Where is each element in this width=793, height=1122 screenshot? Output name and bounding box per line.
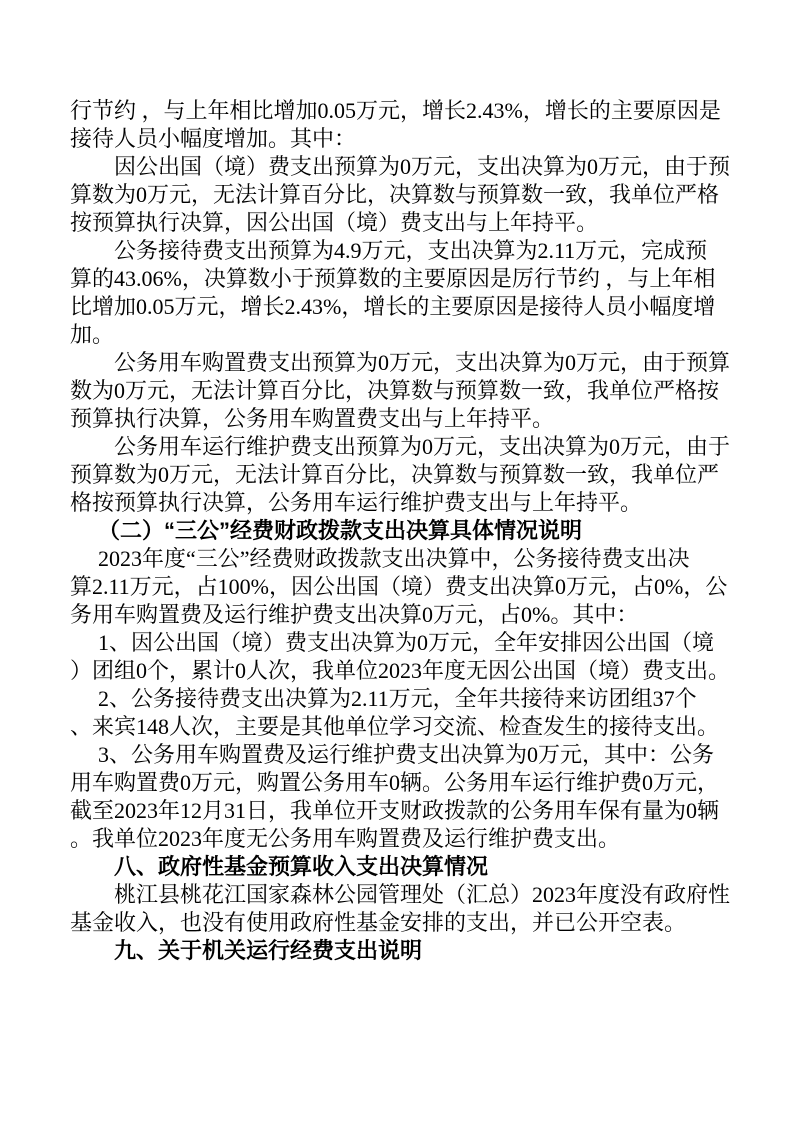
text-line: 加。: [70, 321, 730, 349]
text-line: 2023年度“三公”经费财政拨款支出决算中，公务接待费支出决: [70, 545, 730, 573]
text-line: 1、因公出国（境）费支出决算为0万元，全年安排因公出国（境: [70, 629, 730, 657]
text-line: 预算执行决算，公务用车购置费支出与上年持平。: [70, 405, 730, 433]
text-line: 公务用车购置费支出预算为0万元，支出决算为0万元，由于预算: [70, 349, 730, 377]
text-line: 按预算执行决算，因公出国（境）费支出与上年持平。: [70, 209, 730, 237]
document-page: 行节约 ，与上年相比增加0.05万元，增长2.43%，增长的主要原因是接待人员小…: [0, 0, 793, 1122]
section-heading: （二）“三公”经费财政拨款支出决算具体情况说明: [70, 517, 730, 545]
text-line: 行节约 ，与上年相比增加0.05万元，增长2.43%，增长的主要原因是: [70, 97, 730, 125]
text-line: 预算数为0万元，无法计算百分比，决算数与预算数一致，我单位严: [70, 461, 730, 489]
text-line: 截至2023年12月31日，我单位开支财政拨款的公务用车保有量为0辆: [70, 797, 730, 825]
text-line: 2、公务接待费支出决算为2.11万元，全年共接待来访团组37个: [70, 685, 730, 713]
text-line: 算的43.06%，决算数小于预算数的主要原因是厉行节约 ，与上年相: [70, 265, 730, 293]
text-line: 桃江县桃花江国家森林公园管理处（汇总）2023年度没有政府性: [70, 881, 730, 909]
text-line: ）团组0个，累计0人次，我单位2023年度无因公出国（境）费支出。: [70, 657, 730, 685]
text-line: 3、公务用车购置费及运行维护费支出决算为0万元，其中：公务: [70, 741, 730, 769]
text-line: 比增加0.05万元，增长2.43%，增长的主要原因是接待人员小幅度增: [70, 293, 730, 321]
text-line: 公务接待费支出预算为4.9万元，支出决算为2.11万元，完成预: [70, 237, 730, 265]
document-text-body: 行节约 ，与上年相比增加0.05万元，增长2.43%，增长的主要原因是接待人员小…: [70, 97, 730, 965]
text-line: 用车购置费0万元，购置公务用车0辆。公务用车运行维护费0万元，: [70, 769, 730, 797]
text-line: 算数为0万元，无法计算百分比，决算数与预算数一致，我单位严格: [70, 181, 730, 209]
text-line: 因公出国（境）费支出预算为0万元，支出决算为0万元，由于预: [70, 153, 730, 181]
text-line: 。我单位2023年度无公务用车购置费及运行维护费支出。: [70, 825, 730, 853]
text-line: 格按预算执行决算，公务用车运行维护费支出与上年持平。: [70, 489, 730, 517]
section-heading: 八、政府性基金预算收入支出决算情况: [70, 853, 730, 881]
text-line: 务用车购置费及运行维护费支出决算0万元，占0%。其中：: [70, 601, 730, 629]
text-line: 公务用车运行维护费支出预算为0万元，支出决算为0万元，由于: [70, 433, 730, 461]
text-line: 数为0万元，无法计算百分比，决算数与预算数一致，我单位严格按: [70, 377, 730, 405]
text-line: 、来宾148人次，主要是其他单位学习交流、检查发生的接待支出。: [70, 713, 730, 741]
section-heading: 九、关于机关运行经费支出说明: [70, 937, 730, 965]
text-line: 算2.11万元，占100%，因公出国（境）费支出决算0万元，占0%，公: [70, 573, 730, 601]
text-line: 基金收入，也没有使用政府性基金安排的支出，并已公开空表。: [70, 909, 730, 937]
text-line: 接待人员小幅度增加。其中：: [70, 125, 730, 153]
